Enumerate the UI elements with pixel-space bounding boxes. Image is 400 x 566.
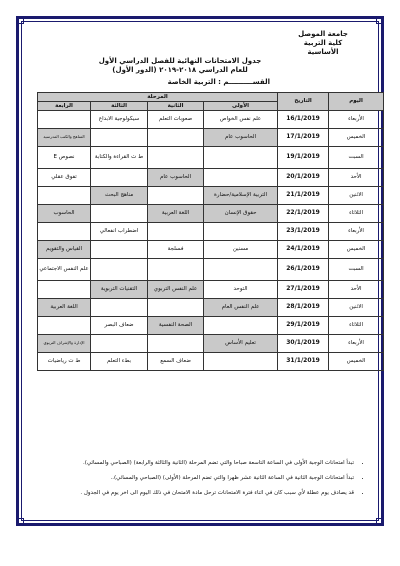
cell-date: 16/1/2019 xyxy=(278,111,329,129)
table-row: الثلاثاء 29/1/2019 الصحة النفسية ضعاف ال… xyxy=(38,317,384,335)
page-title: جدول الامتحانات النهائية للفصل الدراسي ا… xyxy=(90,57,270,66)
cell-first: علم النفس العام xyxy=(204,299,278,317)
cell-second xyxy=(148,147,204,169)
header-fourth: الرابعة xyxy=(38,102,91,111)
table-row: السبت 19/1/2019 ط ت القراءة والكتابة نصو… xyxy=(38,147,384,169)
cell-date: 19/1/2019 xyxy=(278,147,329,169)
cell-day: الأربعاء xyxy=(329,223,384,241)
cell-third: مناهج البحث xyxy=(91,187,148,205)
table-row: الاثنين 28/1/2019 علم النفس العام اللغة … xyxy=(38,299,384,317)
cell-day: الاثنين xyxy=(329,187,384,205)
institution-block: جامعة الموصل كلية التربية الأساسية xyxy=(288,30,358,57)
cell-date: 24/1/2019 xyxy=(278,241,329,259)
cell-third: سيكولوجية الابداع xyxy=(91,111,148,129)
exam-schedule-table: اليوم التاريخ المرحلة الأولى الثانية الث… xyxy=(37,92,384,371)
cell-third: اضطراب انفعالي xyxy=(91,223,148,241)
cell-day: الثلاثاء xyxy=(329,317,384,335)
cell-first: مسنين xyxy=(204,241,278,259)
table-row: الاثنين 21/1/2019 التربية الإسلامية/حضار… xyxy=(38,187,384,205)
college-name: كلية التربية الأساسية xyxy=(288,39,358,57)
cell-day: الثلاثاء xyxy=(329,205,384,223)
cell-third xyxy=(91,205,148,223)
cell-date: 28/1/2019 xyxy=(278,299,329,317)
cell-fourth xyxy=(38,281,91,299)
cell-fourth: علم النفس الاجتماعي xyxy=(38,259,91,281)
cell-first xyxy=(204,223,278,241)
note-item: تبدأ امتحانات الوجبة الأولى في الساعة ال… xyxy=(34,460,354,467)
cell-third xyxy=(91,259,148,281)
table-row: الأحد 27/1/2019 التوحد علم النفس التربوي… xyxy=(38,281,384,299)
cell-second: اللغة العربية xyxy=(148,205,204,223)
cell-third: التقنيات التربوية xyxy=(91,281,148,299)
cell-day: الاثنين xyxy=(329,299,384,317)
cell-fourth xyxy=(38,317,91,335)
cell-fourth xyxy=(38,223,91,241)
cell-second: الحاسوب عام xyxy=(148,169,204,187)
cell-date: 30/1/2019 xyxy=(278,335,329,353)
table-row: الأربعاء 30/1/2019 تعليم الأساس الإدارة … xyxy=(38,335,384,353)
cell-date: 17/1/2019 xyxy=(278,129,329,147)
corner-ornament xyxy=(16,518,24,526)
cell-second xyxy=(148,129,204,147)
cell-date: 23/1/2019 xyxy=(278,223,329,241)
cell-second: الصحة النفسية xyxy=(148,317,204,335)
cell-first xyxy=(204,317,278,335)
cell-first: حقوق الإنسان xyxy=(204,205,278,223)
corner-ornament xyxy=(16,16,24,24)
title-block: جدول الامتحانات النهائية للفصل الدراسي ا… xyxy=(90,57,270,75)
cell-day: السبت xyxy=(329,147,384,169)
cell-day: الأحد xyxy=(329,281,384,299)
cell-date: 21/1/2019 xyxy=(278,187,329,205)
cell-day: الخميس xyxy=(329,129,384,147)
header-stage: المرحلة xyxy=(38,93,278,102)
cell-first xyxy=(204,147,278,169)
cell-second xyxy=(148,299,204,317)
cell-date: 29/1/2019 xyxy=(278,317,329,335)
cell-date: 22/1/2019 xyxy=(278,205,329,223)
academic-year: للعام الدراسي ٢٠١٨-٢٠١٩ (الدور الأول) xyxy=(90,66,270,75)
cell-fourth: القياس والتقويم xyxy=(38,241,91,259)
header-first: الأولى xyxy=(204,102,278,111)
table-row: الخميس 31/1/2019 ضعاف السمع بطء التعلم ط… xyxy=(38,353,384,371)
table-row: الخميس 24/1/2019 مسنين فسلجة القياس والت… xyxy=(38,241,384,259)
cell-second: علم النفس التربوي xyxy=(148,281,204,299)
cell-second xyxy=(148,223,204,241)
cell-third xyxy=(91,241,148,259)
table-row: الثلاثاء 22/1/2019 حقوق الإنسان اللغة ال… xyxy=(38,205,384,223)
cell-day: الأربعاء xyxy=(329,111,384,129)
cell-fourth: الحاسوب xyxy=(38,205,91,223)
cell-second xyxy=(148,335,204,353)
cell-fourth: المناهج والكتب المدرسية xyxy=(38,129,91,147)
cell-third: بطء التعلم xyxy=(91,353,148,371)
cell-fourth: الإدارة والإشراف التربوي xyxy=(38,335,91,353)
cell-third xyxy=(91,335,148,353)
cell-fourth: ط ت رياضيات xyxy=(38,353,91,371)
note-item: قد يصادف يوم عطلة لأي سبب كان في اثناء ف… xyxy=(34,490,354,497)
cell-second xyxy=(148,187,204,205)
cell-second: ضعاف السمع xyxy=(148,353,204,371)
cell-date: 20/1/2019 xyxy=(278,169,329,187)
cell-date: 26/1/2019 xyxy=(278,259,329,281)
cell-first: علم نفس الخواص xyxy=(204,111,278,129)
header-second: الثانية xyxy=(148,102,204,111)
cell-fourth: نصوص E xyxy=(38,147,91,169)
cell-third: ط ت القراءة والكتابة xyxy=(91,147,148,169)
cell-first xyxy=(204,169,278,187)
cell-first: الحاسوب عام xyxy=(204,129,278,147)
cell-fourth xyxy=(38,111,91,129)
cell-third xyxy=(91,129,148,147)
cell-day: السبت xyxy=(329,259,384,281)
cell-date: 27/1/2019 xyxy=(278,281,329,299)
table-row: السبت 26/1/2019 علم النفس الاجتماعي xyxy=(38,259,384,281)
cell-first: التوحد xyxy=(204,281,278,299)
cell-day: الخميس xyxy=(329,241,384,259)
cell-third xyxy=(91,169,148,187)
table-row: الأربعاء 16/1/2019 علم نفس الخواص صعوبات… xyxy=(38,111,384,129)
cell-third xyxy=(91,299,148,317)
cell-fourth xyxy=(38,187,91,205)
header-third: الثالثة xyxy=(91,102,148,111)
header-day: اليوم xyxy=(329,93,384,111)
cell-day: الأحد xyxy=(329,169,384,187)
cell-first: التربية الإسلامية/حضارة xyxy=(204,187,278,205)
notes-section: تبدأ امتحانات الوجبة الأولى في الساعة ال… xyxy=(34,460,364,505)
department-label: القســــــــــم : التربية الخاصة xyxy=(70,78,270,87)
cell-first: تعليم الأساس xyxy=(204,335,278,353)
cell-date: 31/1/2019 xyxy=(278,353,329,371)
cell-third: ضعاف البصر xyxy=(91,317,148,335)
university-name: جامعة الموصل xyxy=(288,30,358,39)
cell-first xyxy=(204,259,278,281)
cell-first xyxy=(204,353,278,371)
cell-day: الأربعاء xyxy=(329,335,384,353)
note-item: تبدأ امتحانات الوجبة الثانية في الساعة ا… xyxy=(34,475,354,482)
table-row: الأحد 20/1/2019 الحاسوب عام تفوق عقلي xyxy=(38,169,384,187)
cell-second: فسلجة xyxy=(148,241,204,259)
header-date: التاريخ xyxy=(278,93,329,111)
cell-second: صعوبات التعلم xyxy=(148,111,204,129)
table-row: الأربعاء 23/1/2019 اضطراب انفعالي xyxy=(38,223,384,241)
cell-fourth: تفوق عقلي xyxy=(38,169,91,187)
corner-ornament xyxy=(376,16,384,24)
cell-second xyxy=(148,259,204,281)
corner-ornament xyxy=(376,518,384,526)
cell-day: الخميس xyxy=(329,353,384,371)
table-row: الخميس 17/1/2019 الحاسوب عام المناهج وال… xyxy=(38,129,384,147)
cell-fourth: اللغة العربية xyxy=(38,299,91,317)
